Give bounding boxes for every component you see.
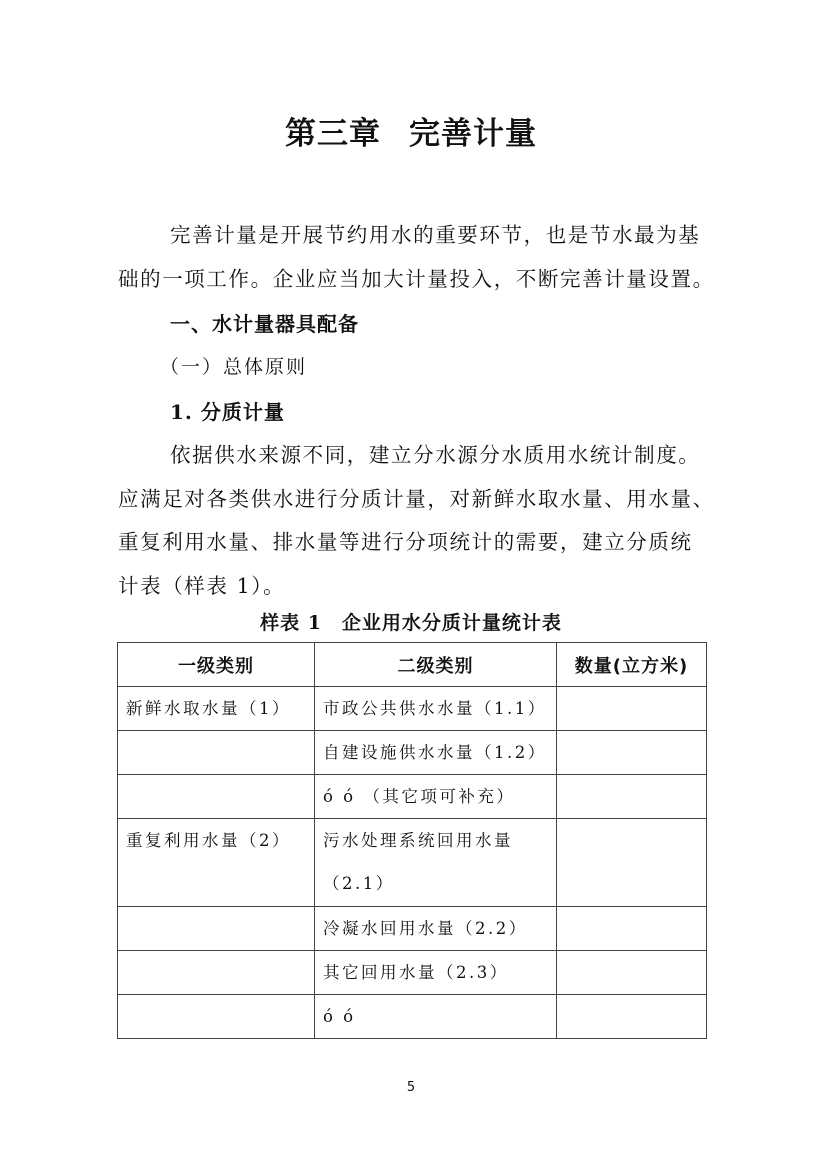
cell-quantity xyxy=(557,775,707,819)
document-page: 第三章完善计量 完善计量是开展节约用水的重要环节，也是节水最为基 础的一项工作。… xyxy=(0,0,822,1165)
table-row: 重复利用水量（2） 污水处理系统回用水量（2.1） xyxy=(118,819,707,907)
section-heading: 一、水计量器具配备 xyxy=(170,308,760,337)
cell-level2: 自建设施供水水量（1.2） xyxy=(315,731,557,775)
header-level1: 一级类别 xyxy=(118,643,315,687)
cell-quantity xyxy=(557,819,707,907)
cell-level1 xyxy=(118,731,315,775)
table-row: 新鲜水取水量（1） 市政公共供水水量（1.1） xyxy=(118,687,707,731)
chapter-number: 第三章 xyxy=(285,116,381,152)
header-level2: 二级类别 xyxy=(315,643,557,687)
cell-level2: 污水处理系统回用水量（2.1） xyxy=(315,819,557,907)
cell-level2: 冷凝水回用水量（2.2） xyxy=(315,907,557,951)
chapter-name: 完善计量 xyxy=(409,116,537,152)
table-row: ó ó xyxy=(118,995,707,1039)
cell-quantity xyxy=(557,951,707,995)
item-line-2: 应满足对各类供水进行分质计量，对新鲜水取水量、用水量、 xyxy=(118,482,708,512)
cell-level1 xyxy=(118,951,315,995)
item-line-1: 依据供水来源不同，建立分水源分水质用水统计制度。 xyxy=(170,438,760,468)
cell-level1: 重复利用水量（2） xyxy=(118,819,315,907)
intro-line-1: 完善计量是开展节约用水的重要环节，也是节水最为基 xyxy=(170,218,760,248)
table-row: 其它回用水量（2.3） xyxy=(118,951,707,995)
cell-level2: 市政公共供水水量（1.1） xyxy=(315,687,557,731)
cell-quantity xyxy=(557,907,707,951)
page-number: 5 xyxy=(0,1080,822,1095)
table-row: ó ó （其它项可补充） xyxy=(118,775,707,819)
table-caption: 样表 1 企业用水分质计量统计表 xyxy=(0,608,822,635)
item-line-3: 重复利用水量、排水量等进行分项统计的需要，建立分质统 xyxy=(118,525,708,555)
item-heading: 1. 分质计量 xyxy=(170,396,760,425)
intro-line-2: 础的一项工作。企业应当加大计量投入，不断完善计量设置。 xyxy=(118,262,708,292)
cell-level2: ó ó （其它项可补充） xyxy=(315,775,557,819)
cell-quantity xyxy=(557,687,707,731)
cell-level1: 新鲜水取水量（1） xyxy=(118,687,315,731)
table-row: 自建设施供水水量（1.2） xyxy=(118,731,707,775)
item-line-4: 计表（样表 1）。 xyxy=(118,569,708,599)
cell-quantity xyxy=(557,731,707,775)
table-header-row: 一级类别 二级类别 数量(立方米) xyxy=(118,643,707,687)
table-row: 冷凝水回用水量（2.2） xyxy=(118,907,707,951)
cell-level1 xyxy=(118,775,315,819)
cell-level1 xyxy=(118,995,315,1039)
header-quantity: 数量(立方米) xyxy=(557,643,707,687)
cell-level1 xyxy=(118,907,315,951)
cell-level2: 其它回用水量（2.3） xyxy=(315,951,557,995)
cell-quantity xyxy=(557,995,707,1039)
chapter-title: 第三章完善计量 xyxy=(0,108,822,153)
subsection-heading: （一）总体原则 xyxy=(160,352,750,379)
cell-level2: ó ó xyxy=(315,995,557,1039)
water-metering-table: 一级类别 二级类别 数量(立方米) 新鲜水取水量（1） 市政公共供水水量（1.1… xyxy=(117,642,707,1039)
